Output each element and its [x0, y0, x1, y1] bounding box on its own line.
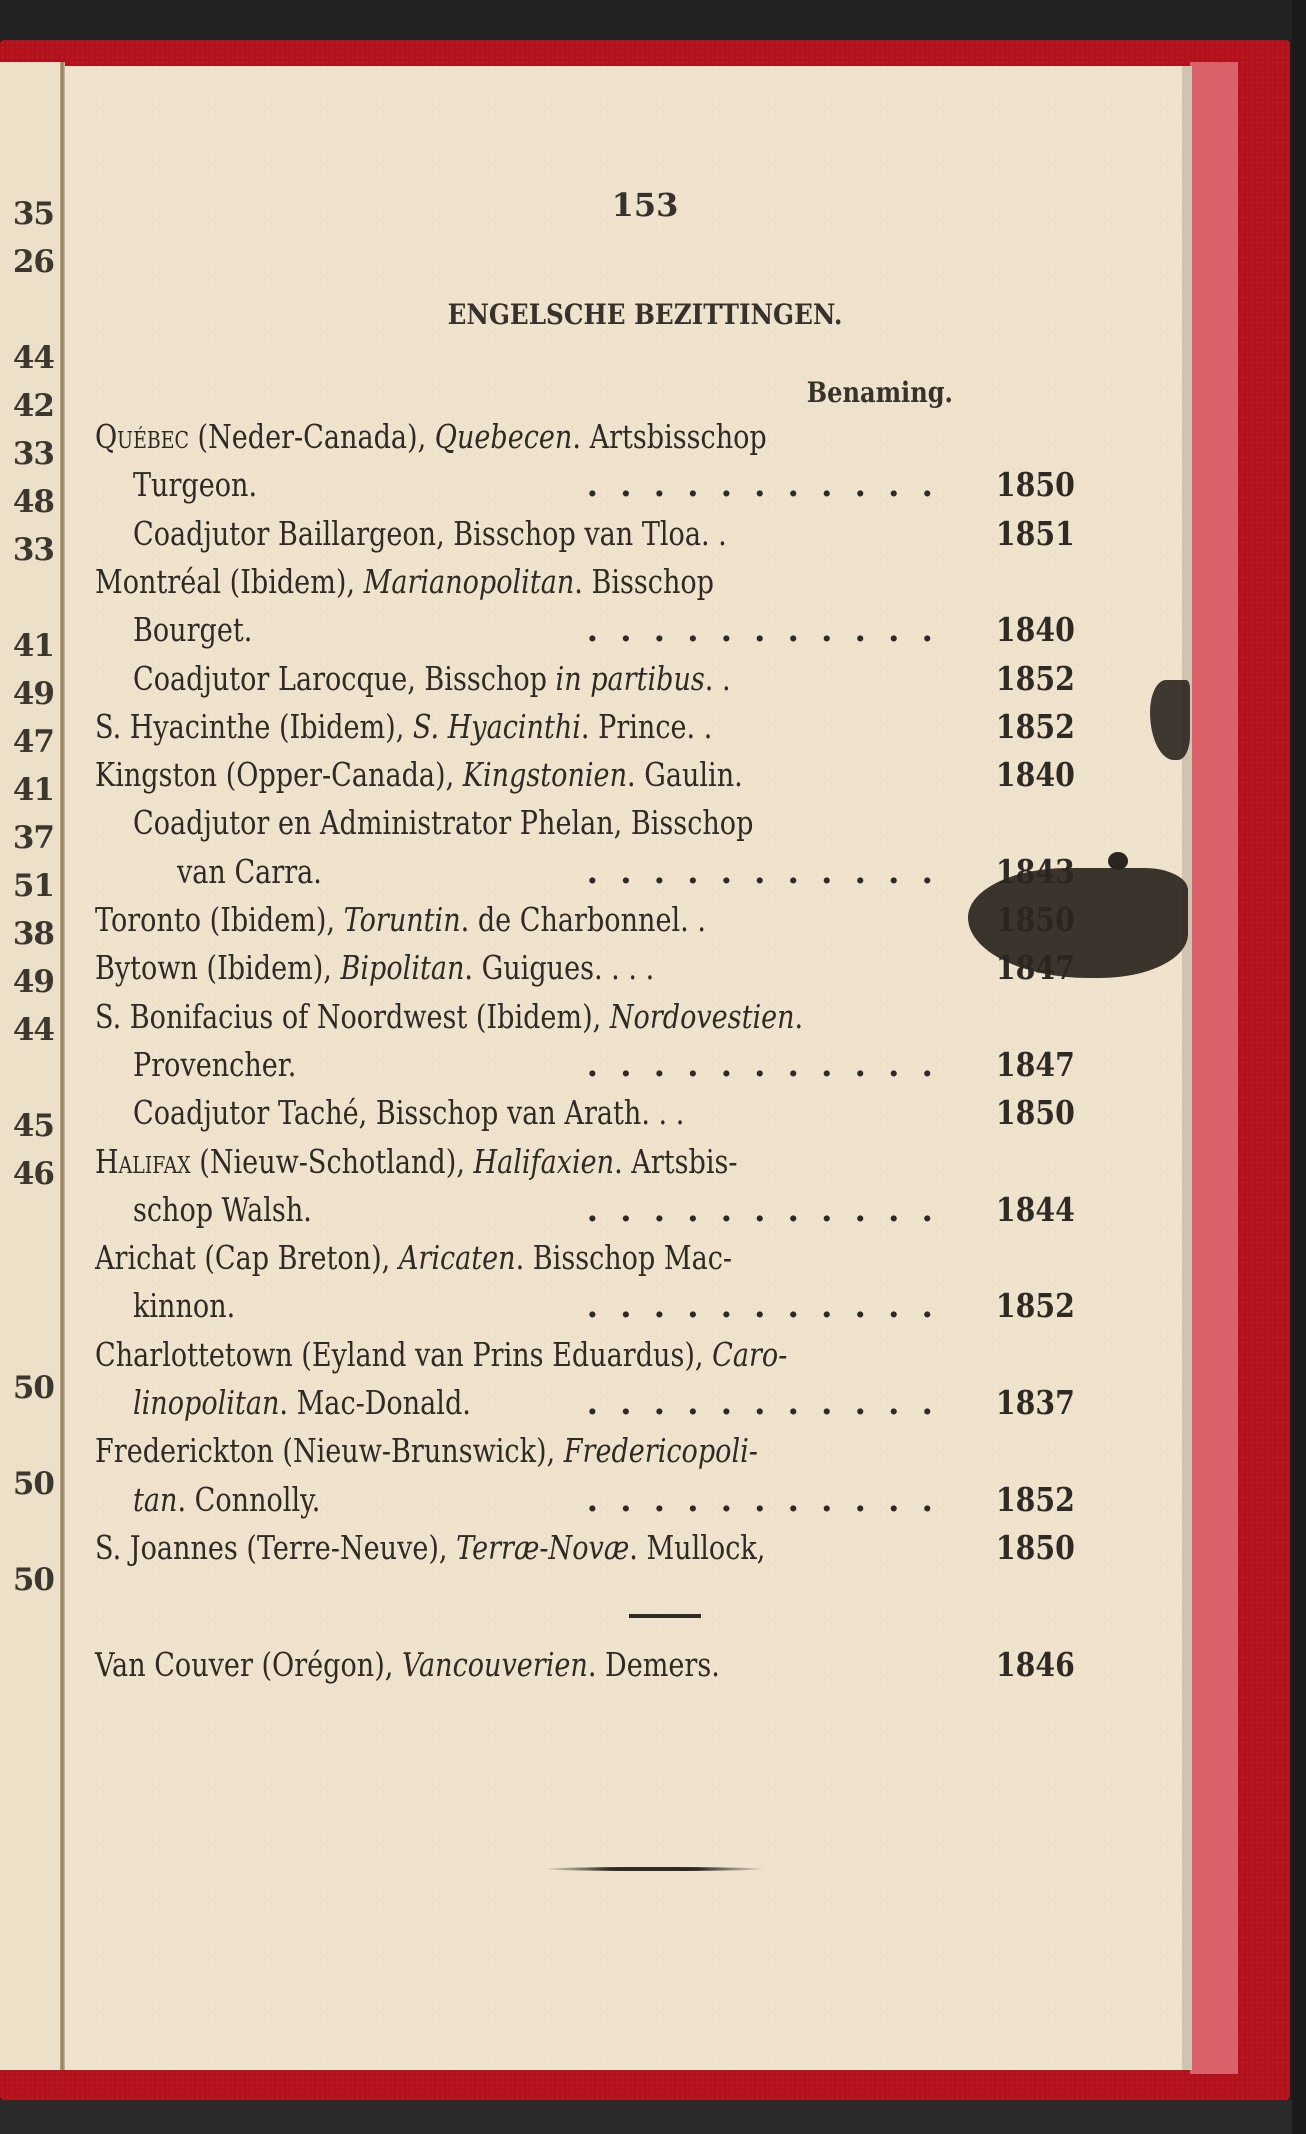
entry-line: Kingston (Opper-Canada), Kingstonien. Ga… — [95, 752, 1075, 798]
latin-name: Vancouverien — [402, 1645, 588, 1684]
background-right — [1292, 0, 1306, 2134]
entry-text: Charlottetown (Eyland van Prins Eduardus… — [95, 1332, 787, 1378]
latin-name: linopolitan — [133, 1383, 279, 1422]
latin-name: S. Hyacinthi — [413, 707, 581, 746]
entry-segment: . — [795, 997, 804, 1036]
entry-segment: Bytown (Ibidem), — [95, 948, 341, 987]
margin-year-fragment: 51 — [0, 868, 54, 904]
background-bottom — [0, 2100, 1306, 2134]
entry-year: 1840 — [996, 752, 1075, 798]
entry-line: tan. Connolly............1852 — [95, 1477, 1075, 1523]
column-header: Benaming. — [807, 376, 953, 409]
entry-segment: Van Couver (Orégon), — [95, 1645, 402, 1684]
entry-text: Frederickton (Nieuw-Brunswick), Frederic… — [95, 1428, 758, 1474]
entry-line: linopolitan. Mac-Donald............1837 — [95, 1380, 1075, 1426]
leader-dots: ........... — [587, 1380, 955, 1426]
margin-year-fragment: 35 — [0, 196, 54, 232]
entry-text: Kingston (Opper-Canada), Kingstonien. Ga… — [95, 752, 743, 798]
entry-year: 1852 — [996, 1477, 1075, 1523]
right-page: 153 ENGELSCHE BEZITTINGEN. Benaming. Qué… — [65, 66, 1185, 2070]
entry-line: van Carra............1843 — [95, 849, 1075, 895]
margin-year-fragment: 49 — [0, 964, 54, 1000]
entry-segment: Coadjutor Larocque, Bisschop — [133, 659, 556, 698]
entry-line: S. Bonifacius of Noordwest (Ibidem), Nor… — [95, 994, 1075, 1040]
entry-year: 1850 — [996, 462, 1075, 508]
entry-year: 1851 — [996, 511, 1075, 557]
entry-segment: (Neder-Canada), — [189, 417, 435, 456]
entry-text: Halifax (Nieuw-Schotland), Halifaxien. A… — [95, 1139, 738, 1185]
ink-stain — [1108, 852, 1128, 870]
entry-segment: S. Bonifacius of Noordwest (Ibidem), — [95, 997, 610, 1036]
entry-segment: (Nieuw-Schotland), — [191, 1142, 474, 1181]
entry-year: 1837 — [996, 1380, 1075, 1426]
entry-segment: . Artsbisschop — [572, 417, 766, 456]
entry-text: S. Joannes (Terre-Neuve), Terræ-Novæ. Mu… — [95, 1525, 765, 1571]
end-ornament-rule — [543, 1867, 765, 1871]
leader-dots: ........... — [587, 607, 955, 653]
entry-segment: van Carra. — [177, 852, 322, 891]
entry-segment: Coadjutor Taché, Bisschop van Arath. . . — [133, 1093, 684, 1132]
entry-line: Coadjutor Larocque, Bisschop in partibus… — [95, 656, 1075, 702]
entry-line: S. Joannes (Terre-Neuve), Terræ-Novæ. Mu… — [95, 1525, 1075, 1571]
entry-year: 1840 — [996, 607, 1075, 653]
margin-year-fragment: 45 — [0, 1108, 54, 1144]
entry-segment: . Prince. . — [581, 707, 712, 746]
margin-year-fragment: 49 — [0, 676, 54, 712]
entry-segment: . Artsbis- — [614, 1142, 737, 1181]
entry-text: van Carra. — [177, 849, 322, 895]
entry-line: Coadjutor en Administrator Phelan, Bissc… — [95, 800, 1075, 846]
leader-dots: ........... — [587, 1187, 955, 1233]
page-edges — [1190, 62, 1238, 2074]
section-divider — [629, 1614, 701, 1618]
latin-name: Terræ-Novæ — [456, 1528, 629, 1567]
margin-year-fragment: 50 — [0, 1370, 54, 1406]
entry-text: Turgeon. — [133, 462, 257, 508]
entry-segment: . Bisschop — [574, 562, 714, 601]
entry-line: Coadjutor Taché, Bisschop van Arath. . .… — [95, 1090, 1075, 1136]
entry-segment: Québec — [95, 417, 189, 456]
entry-line: Provencher............1847 — [95, 1042, 1075, 1088]
entry-segment: Provencher. — [133, 1045, 296, 1084]
latin-name: Halifaxien — [474, 1142, 615, 1181]
entry-text: Québec (Neder-Canada), Quebecen. Artsbis… — [95, 414, 767, 460]
margin-year-fragment: 44 — [0, 1012, 54, 1048]
entry-segment: Toronto (Ibidem), — [95, 900, 344, 939]
entry-year: 1850 — [996, 1090, 1075, 1136]
entry-text: S. Bonifacius of Noordwest (Ibidem), Nor… — [95, 994, 803, 1040]
margin-year-fragment: 50 — [0, 1562, 54, 1598]
latin-name: tan — [133, 1480, 177, 1519]
entry-line: Bourget............1840 — [95, 607, 1075, 653]
entry-year: 1846 — [996, 1642, 1075, 1688]
entry-text: kinnon. — [133, 1283, 235, 1329]
entry-text: Bytown (Ibidem), Bipolitan. Guigues. . .… — [95, 945, 654, 991]
entry-text: Coadjutor en Administrator Phelan, Bissc… — [133, 800, 753, 846]
entry-line: Halifax (Nieuw-Schotland), Halifaxien. A… — [95, 1139, 1075, 1185]
leader-dots: ........... — [587, 1477, 955, 1523]
margin-year-fragment: 48 — [0, 484, 54, 520]
latin-name: Nordovestien — [610, 997, 795, 1036]
leader-dots: ........... — [587, 462, 955, 508]
latin-name: Bipolitan — [341, 948, 465, 987]
entry-segment: Frederickton (Nieuw-Brunswick), — [95, 1431, 564, 1470]
entry-line: Coadjutor Baillargeon, Bisschop van Tloa… — [95, 511, 1075, 557]
entry-segment: . Demers. — [588, 1645, 720, 1684]
background-top — [0, 0, 1306, 40]
entry-segment: . Bisschop Mac- — [516, 1238, 732, 1277]
entry-segment: . Mullock, — [629, 1528, 765, 1567]
leader-dots: ........... — [587, 849, 955, 895]
margin-year-fragment: 44 — [0, 340, 54, 376]
entry-text: Toronto (Ibidem), Toruntin. de Charbonne… — [95, 897, 706, 943]
entry-segment: Turgeon. — [133, 465, 257, 504]
leader-dots: ........... — [587, 1042, 955, 1088]
entry-text: linopolitan. Mac-Donald. — [133, 1380, 471, 1426]
entry-text: Coadjutor Larocque, Bisschop in partibus… — [133, 656, 731, 702]
entry-segment: . . — [705, 659, 731, 698]
entry-segment: Halifax — [95, 1142, 191, 1181]
final-entry: Van Couver (Orégon), Vancouverien. Demer… — [95, 1642, 1075, 1688]
entry-year: 1852 — [996, 704, 1075, 750]
entry-line: Bytown (Ibidem), Bipolitan. Guigues. . .… — [95, 945, 1075, 991]
entry-line: Québec (Neder-Canada), Quebecen. Artsbis… — [95, 414, 1075, 460]
margin-year-fragment: 26 — [0, 244, 54, 280]
entry-year: 1847 — [996, 1042, 1075, 1088]
entry-text: Bourget. — [133, 607, 252, 653]
entry-text: Montréal (Ibidem), Marianopolitan. Bissc… — [95, 559, 714, 605]
latin-name: Aricaten — [399, 1238, 516, 1277]
margin-year-fragment: 33 — [0, 436, 54, 472]
section-heading: ENGELSCHE BEZITTINGEN. — [363, 298, 926, 331]
entry-segment: Bourget. — [133, 610, 252, 649]
entry-segment: Coadjutor en Administrator Phelan, Bissc… — [133, 803, 753, 842]
entry-line: Charlottetown (Eyland van Prins Eduardus… — [95, 1332, 1075, 1378]
entry-line: Arichat (Cap Breton), Aricaten. Bisschop… — [95, 1235, 1075, 1281]
entry-year: 1852 — [996, 656, 1075, 702]
entry-segment: Arichat (Cap Breton), — [95, 1238, 399, 1277]
latin-name: Caro- — [712, 1335, 787, 1374]
left-page-sliver: 3526444233483341494741375138494445465050… — [0, 62, 62, 2070]
entry-segment: S. Hyacinthe (Ibidem), — [95, 707, 413, 746]
entry-text: Van Couver (Orégon), Vancouverien. Demer… — [95, 1642, 720, 1688]
margin-year-fragment: 50 — [0, 1466, 54, 1502]
latin-name: Quebecen — [435, 417, 573, 456]
entry-text: Coadjutor Taché, Bisschop van Arath. . . — [133, 1090, 684, 1136]
entry-line: S. Hyacinthe (Ibidem), S. Hyacinthi. Pri… — [95, 704, 1075, 750]
margin-year-fragment: 42 — [0, 388, 54, 424]
latin-name: Fredericopoli- — [564, 1431, 758, 1470]
entry-segment: schop Walsh. — [133, 1190, 312, 1229]
entry-segment: . Mac-Donald. — [279, 1383, 470, 1422]
entry-line: Montréal (Ibidem), Marianopolitan. Bissc… — [95, 559, 1075, 605]
latin-name: Marianopolitan — [364, 562, 575, 601]
latin-name: Kingstonien — [463, 755, 627, 794]
entry-year: 1850 — [996, 1525, 1075, 1571]
entry-text: schop Walsh. — [133, 1187, 312, 1233]
margin-year-fragment: 47 — [0, 724, 54, 760]
entry-text: Provencher. — [133, 1042, 296, 1088]
entry-year: 1844 — [996, 1187, 1075, 1233]
page-number: 153 — [585, 186, 705, 224]
page-edge-shadow — [1182, 66, 1192, 2070]
entry-segment: . de Charbonnel. . — [461, 900, 706, 939]
entry-segment: . Connolly. — [177, 1480, 320, 1519]
margin-year-fragment: 41 — [0, 628, 54, 664]
entry-segment: Charlottetown (Eyland van Prins Eduardus… — [95, 1335, 712, 1374]
entry-line: Turgeon............1850 — [95, 462, 1075, 508]
entry-line: schop Walsh............1844 — [95, 1187, 1075, 1233]
entry-segment: S. Joannes (Terre-Neuve), — [95, 1528, 456, 1567]
entry-text: Arichat (Cap Breton), Aricaten. Bisschop… — [95, 1235, 732, 1281]
entry-segment: . Guigues. . . . — [464, 948, 654, 987]
margin-year-fragment: 38 — [0, 916, 54, 952]
entry-segment: Montréal (Ibidem), — [95, 562, 364, 601]
entry-segment: Kingston (Opper-Canada), — [95, 755, 463, 794]
entry-line: kinnon............1852 — [95, 1283, 1075, 1329]
latin-name: in partibus — [556, 659, 705, 698]
margin-year-fragment: 46 — [0, 1156, 54, 1192]
margin-year-fragment: 41 — [0, 772, 54, 808]
entry-text: tan. Connolly. — [133, 1477, 320, 1523]
entry-segment: . Gaulin. — [627, 755, 743, 794]
leader-dots: ........... — [587, 1283, 955, 1329]
entry-line: Toronto (Ibidem), Toruntin. de Charbonne… — [95, 897, 1075, 943]
entry-segment: kinnon. — [133, 1286, 235, 1325]
entry-text: Coadjutor Baillargeon, Bisschop van Tloa… — [133, 511, 727, 557]
margin-year-fragment: 37 — [0, 820, 54, 856]
entry-line: Frederickton (Nieuw-Brunswick), Frederic… — [95, 1428, 1075, 1474]
latin-name: Toruntin — [344, 900, 461, 939]
entry-segment: Coadjutor Baillargeon, Bisschop van Tloa… — [133, 514, 727, 553]
margin-year-fragment: 33 — [0, 532, 54, 568]
entry-year: 1852 — [996, 1283, 1075, 1329]
entry-text: S. Hyacinthe (Ibidem), S. Hyacinthi. Pri… — [95, 704, 712, 750]
